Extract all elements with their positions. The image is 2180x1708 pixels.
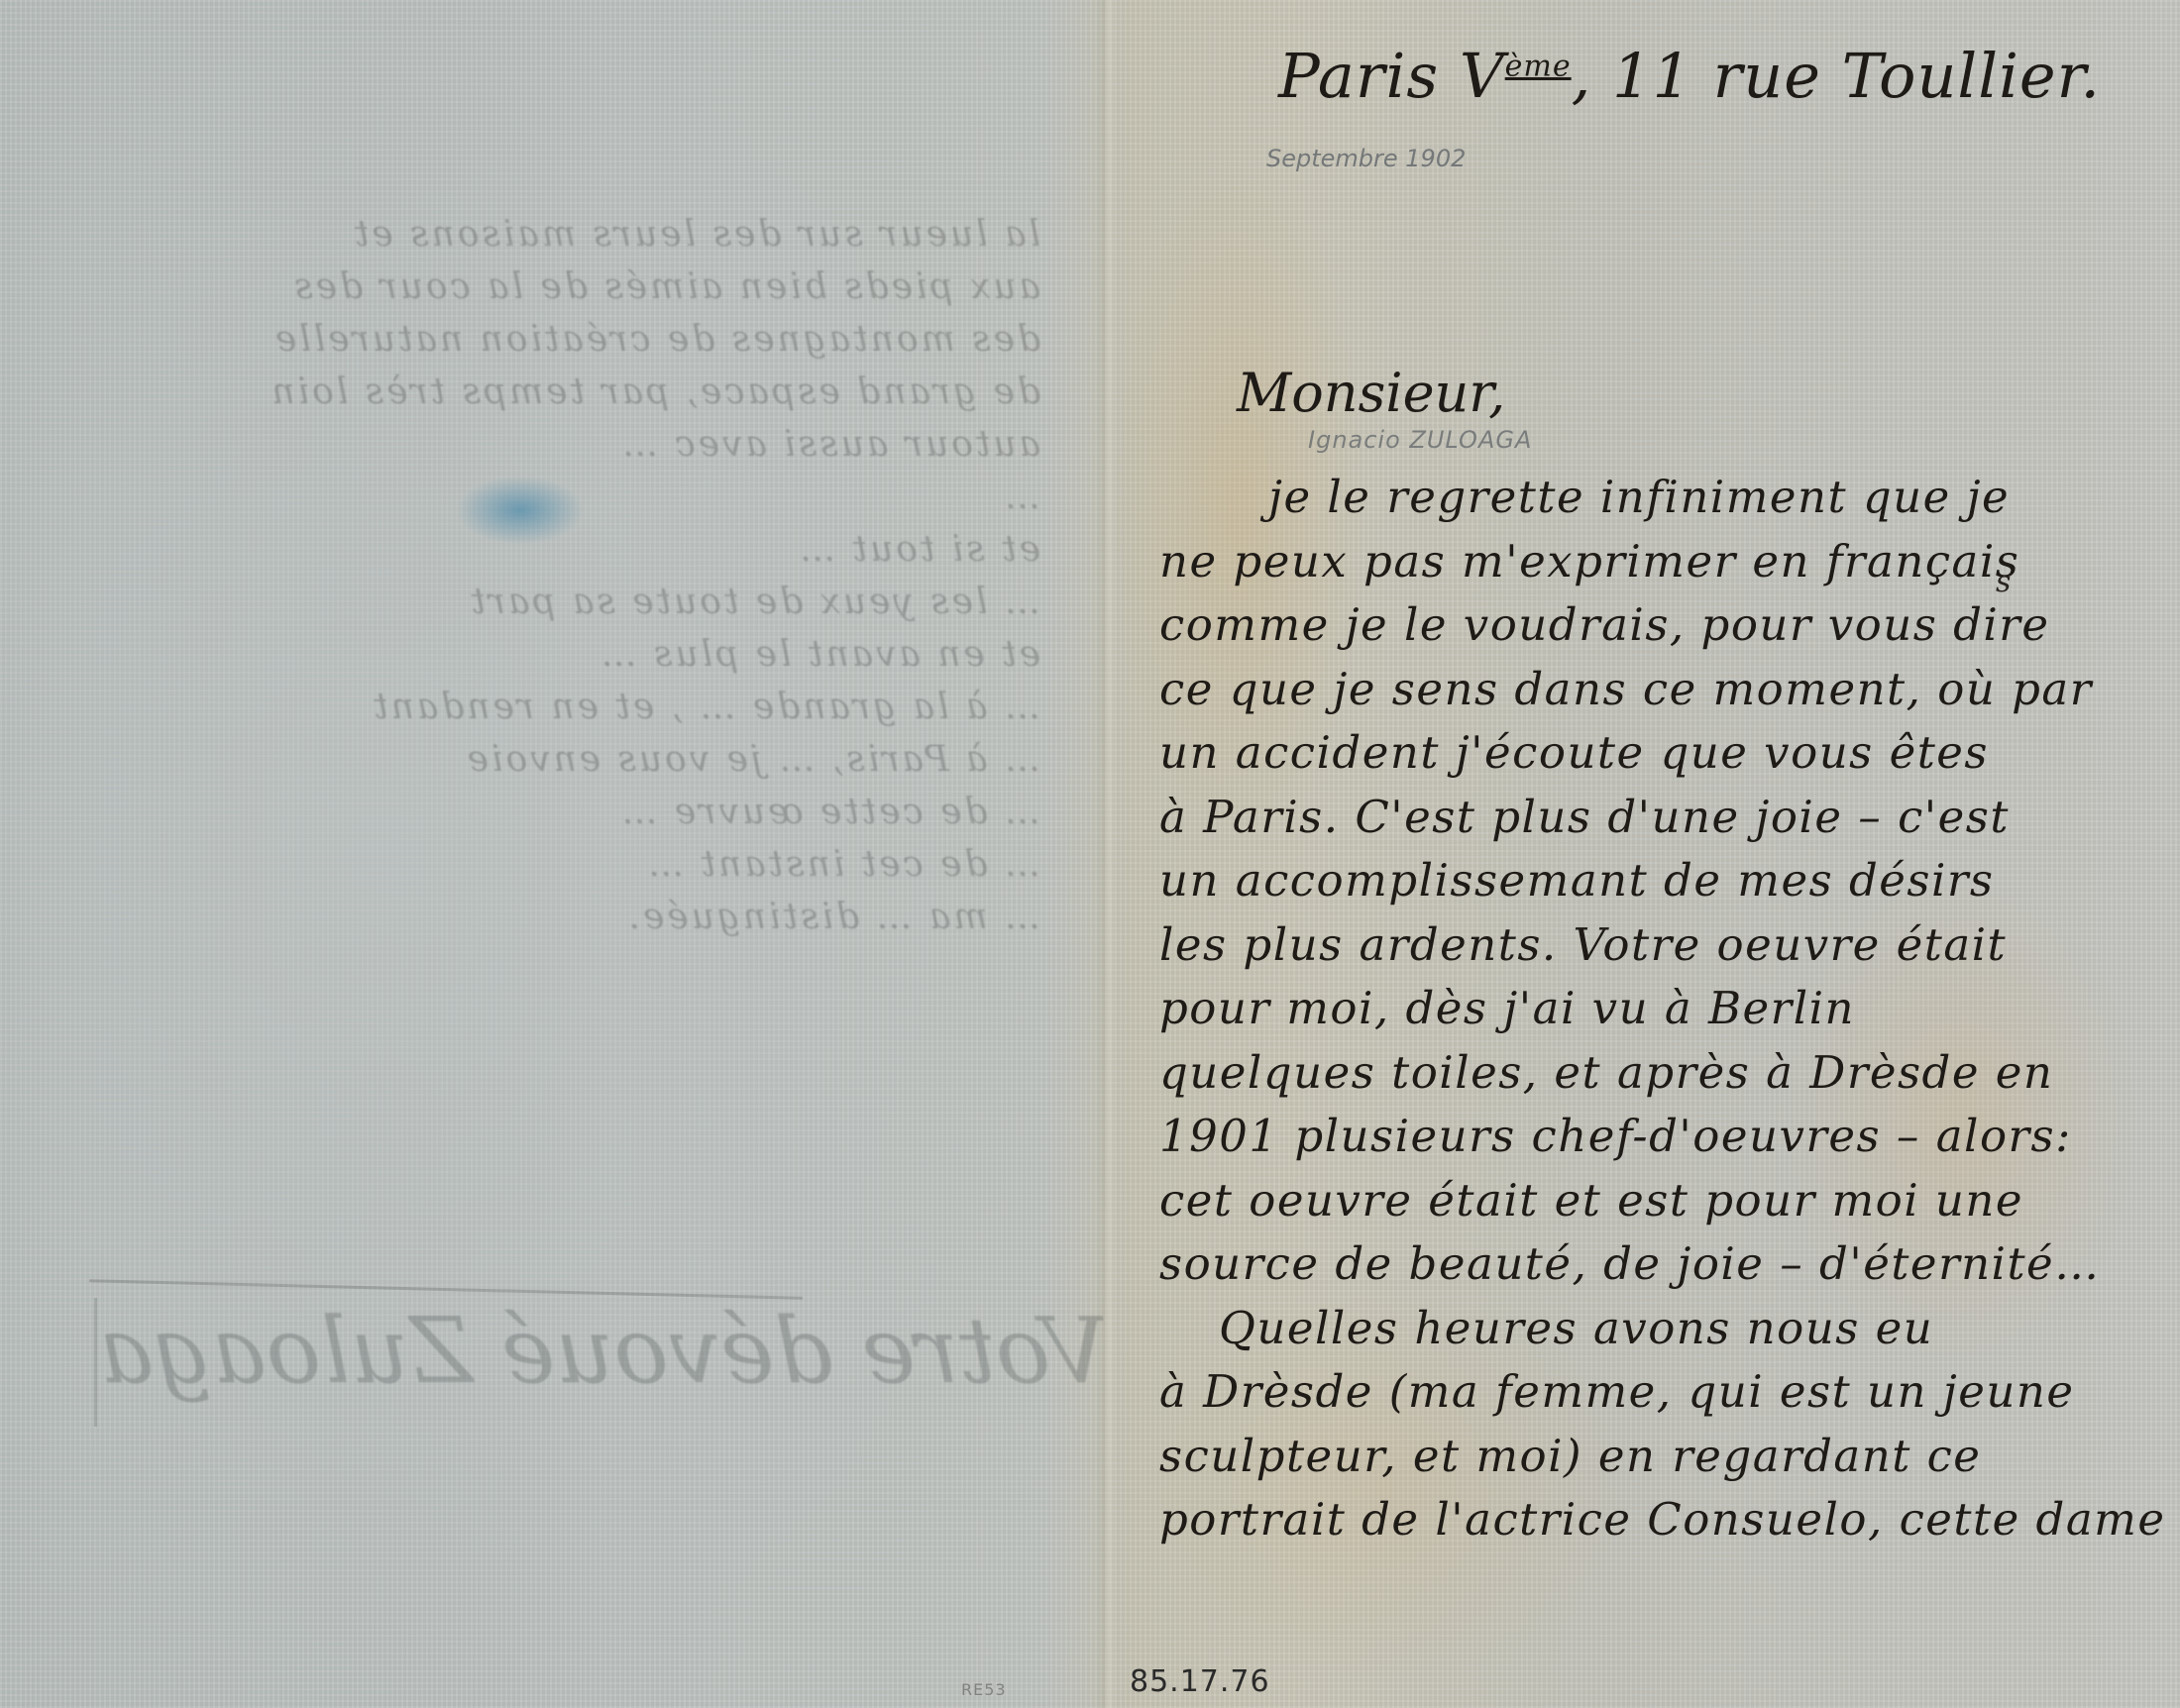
bleed-line: … de cet instant … (89, 838, 1040, 891)
body-line: 1901 plusieurs chef-d'oeuvres – alors: (1159, 1105, 2160, 1169)
bleed-line: … à la grande … , et en rendant (89, 681, 1040, 733)
bleed-line: aux pieds bien aimés de la cour des (89, 261, 1040, 313)
bleed-rule (94, 1298, 97, 1427)
correction-mark: s (1996, 565, 2011, 599)
body-line: un accident j'écoute que vous êtes (1159, 721, 2160, 786)
bleed-line: … ma … distinguée. (89, 891, 1040, 943)
bleed-line: … les yeux de toute sa part (89, 576, 1040, 628)
small-stamp: RE53 (961, 1680, 1007, 1699)
body-line: source de beauté, de joie – d'éternité… (1159, 1232, 2160, 1297)
body-line: je le regrette infiniment que je (1159, 466, 2160, 530)
body-line: quelques toiles, et après à Drèsde en (1159, 1041, 2160, 1106)
body-line: à Drèsde (ma femme, qui est un jeune (1159, 1360, 2160, 1425)
bleed-line: et si tout … (89, 523, 1040, 576)
bleed-signature: Votre dévoué Zuloaga (99, 1298, 1108, 1404)
bleed-line: la lueur sur des leurs maisons et (89, 208, 1040, 261)
address-arrondissement: ème (1505, 49, 1572, 83)
accession-number: 85.17.76 (1130, 1664, 1270, 1699)
letter-scan: la lueur sur des leurs maisons et aux pi… (0, 0, 2180, 1708)
body-line: Quelles heures avons nous eu (1159, 1297, 2160, 1361)
body-line: à Paris. C'est plus d'une joie – c'est (1159, 786, 2160, 850)
center-fold (1095, 0, 1117, 1708)
body-line: cet oeuvre était et est pour moi une (1159, 1169, 2160, 1233)
verso-bleed-text: la lueur sur des leurs maisons et aux pi… (89, 208, 1040, 943)
body-line: ce que je sens dans ce moment, où par (1159, 658, 2160, 722)
body-line: sculpteur, et moi) en regardant ce (1159, 1425, 2160, 1489)
salutation: Monsieur, (1237, 362, 1505, 424)
body-line: comme je le voudrais, pour vous dire (1159, 593, 2160, 658)
bleed-line: … (89, 471, 1040, 523)
body-line: pour moi, dès j'ai vu à Berlin (1159, 977, 2160, 1041)
address-city: Paris V (1278, 40, 1505, 112)
bleed-line: de grand espace, par temps très loin (89, 366, 1040, 418)
body-line: les plus ardents. Votre oeuvre était (1159, 913, 2160, 978)
bleed-line: … à Paris, … je vous envoie (89, 733, 1040, 786)
pencil-name-annotation: Ignacio ZULOAGA (1308, 426, 1532, 454)
bleed-line: autour aussi avec … (89, 418, 1040, 471)
body-line: portrait de l'actrice Consuelo, cette da… (1159, 1488, 2160, 1552)
bleed-line: et en avant le plus … (89, 628, 1040, 681)
bleed-line: … de cette œuvre … (89, 786, 1040, 838)
pencil-date-annotation: Septembre 1902 (1266, 145, 1466, 172)
letter-address: Paris Vème, 11 rue Toullier. (1278, 40, 2101, 112)
address-street: , 11 rue Toullier. (1572, 40, 2102, 112)
body-line: un accomplissemant de mes désirs (1159, 849, 2160, 913)
letter-body: je le regrette infiniment que je ne peux… (1159, 466, 2160, 1552)
bleed-line: des montagnes de création naturelle (89, 313, 1040, 366)
